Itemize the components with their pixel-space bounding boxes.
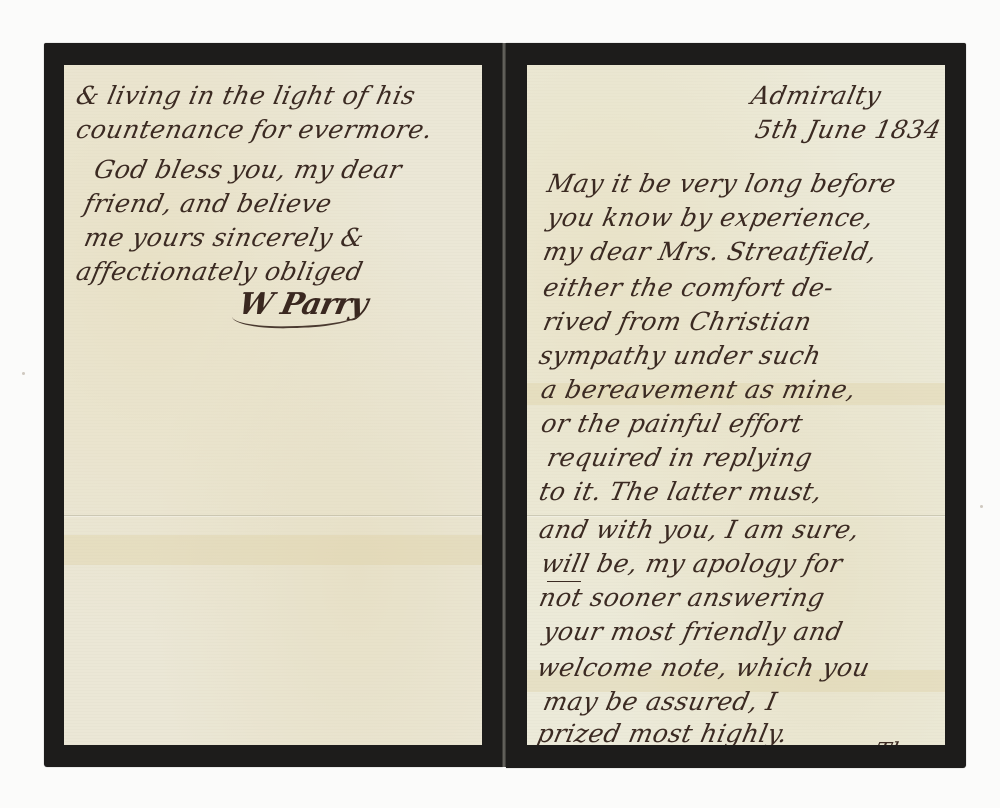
letter-line: a bereavement as mine, — [539, 377, 858, 402]
letter-line: and with you, I am sure, — [537, 517, 862, 542]
letter-line: May it be very long before — [545, 171, 899, 196]
letter-line: to it. The latter must, — [537, 479, 825, 504]
letter-line: not sooner answering — [537, 585, 827, 610]
paper-speck — [22, 372, 25, 375]
letter-line: rived from Christian — [541, 309, 814, 334]
letter-date: 5th June 1834 — [753, 117, 943, 142]
letter-line: countenance for evermore. — [74, 117, 435, 142]
letter-line: God bless you, my dear — [92, 157, 404, 182]
letter-address: Admiralty — [749, 83, 884, 108]
catchword: The — [873, 741, 921, 745]
letter-line: or the painful effort — [539, 411, 805, 436]
signature-flourish — [232, 310, 362, 331]
letter-page-right: Admiralty 5th June 1834 May it be very l… — [527, 65, 945, 745]
paper-stain — [64, 535, 482, 565]
letter-line: your most friendly and — [541, 619, 845, 644]
letter-line: & living in the light of his — [74, 83, 418, 108]
letter-line: either the comfort de- — [541, 275, 836, 300]
fold-line — [64, 515, 482, 516]
letter-line: prized most highly. — [535, 721, 790, 745]
letter-line: my dear Mrs. Streatfield, — [541, 239, 879, 264]
letter-line: you know by experience, — [545, 205, 876, 230]
letter-line: may be assured, I — [541, 689, 779, 714]
underline-will — [547, 581, 581, 582]
letter-line: friend, and believe — [82, 191, 334, 216]
letter-line: affectionately obliged — [74, 259, 365, 284]
letter-line: welcome note, which you — [535, 655, 872, 680]
letter-page-left: & living in the light of his countenance… — [64, 65, 482, 745]
letter-line: required in replying — [545, 445, 815, 470]
letter-line: will be, my apology for — [539, 551, 845, 576]
letter-line: sympathy under such — [537, 343, 824, 368]
letter-line: me yours sincerely & — [82, 225, 367, 250]
paper-speck — [980, 505, 983, 508]
